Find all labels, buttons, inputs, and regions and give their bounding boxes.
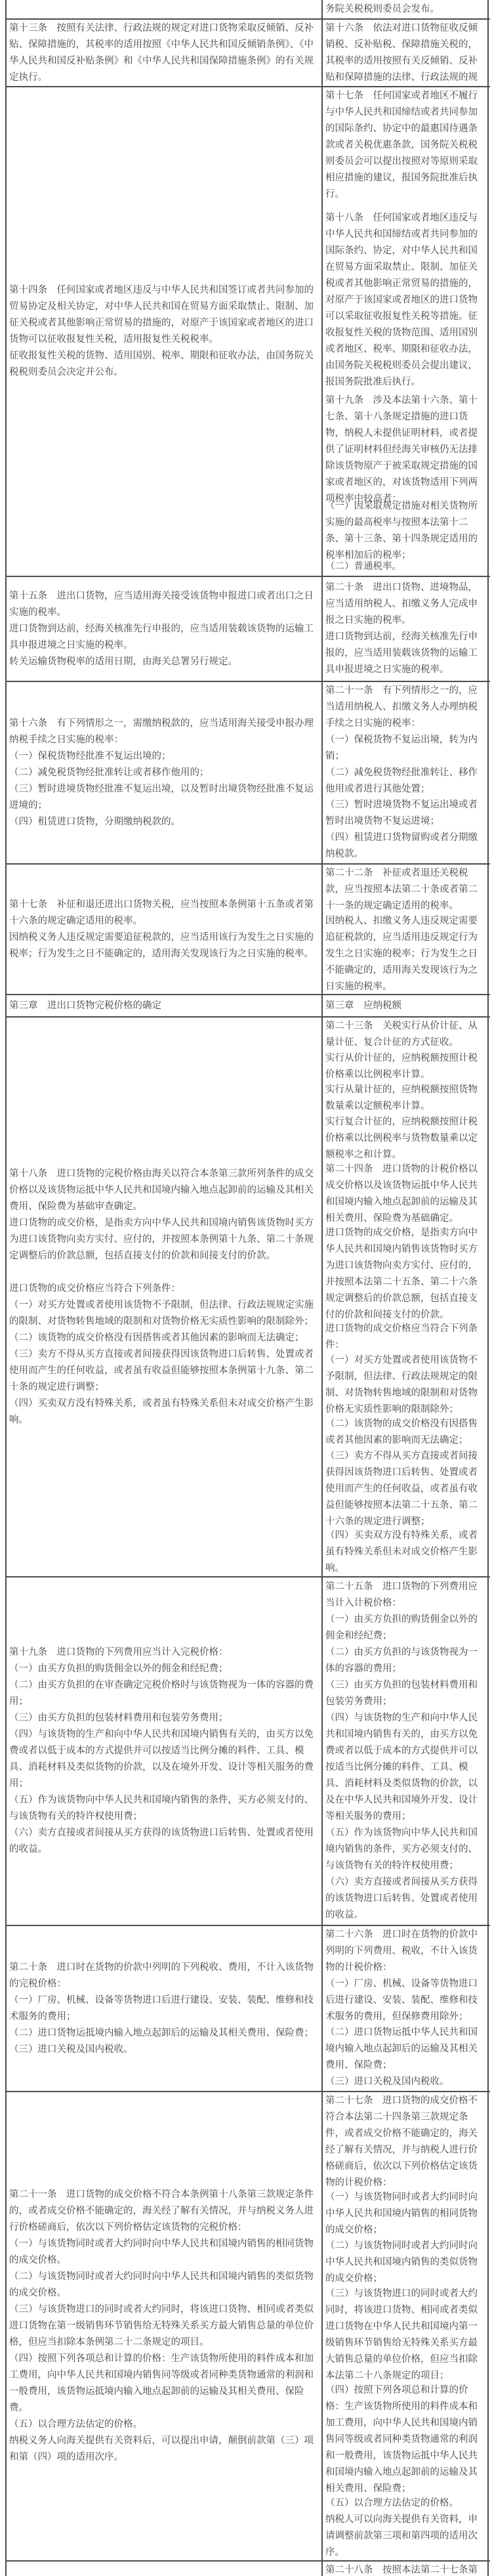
paragraph: 第二十四条 进口货物的计税价格以成交价格以及该货物运抵中华人民共和国境内输入地点… bbox=[325, 1161, 485, 1225]
blank-line bbox=[325, 194, 485, 210]
paragraph: （五）以合理方法估定的价格。 bbox=[9, 2416, 319, 2433]
old-regulation-cell: 第三章 进出口货物完税价格的确定 bbox=[7, 995, 321, 1016]
table-row: 第二十一条 进口货物的成交价格不符合本条例第十八条第三款规定条件的，或者成交价格… bbox=[7, 2092, 490, 2562]
paragraph: 第二十五条 进口货物的下列费用应当计入计税价格： bbox=[325, 1579, 485, 1612]
paragraph: （五）作为该货物向中华人民共和国境内销售的条件，买方必须支付的、与该货物有关的特… bbox=[9, 1792, 319, 1825]
old-regulation-cell: 第十四条 任何国家或者地区违反与中华人民共和国签订或者共同参加的贸易协定及相关协… bbox=[7, 87, 321, 576]
paragraph: （三）暂时进境货物经批准不复运出境，以及暂时出境货物经批准不复运进境的； bbox=[9, 781, 319, 814]
old-regulation-cell: 第十三条 按照有关法律、行政法规的规定对进口货物采取反倾销、反补贴、保障措施的，… bbox=[7, 20, 321, 86]
table-row: 第十六条 有下列情形之一，需缴纳税款的，应当适用海关接受申报办理纳税手续之日实施… bbox=[7, 682, 490, 865]
table-row: 第十五条 进出口货物，应当适用海关接受该货物申报进口或者出口之日实施的税率。进口… bbox=[7, 577, 490, 682]
paragraph: 第二十条 进口时在货物的价款中列明的下列税收、费用，不计入该货物的完税价格： bbox=[9, 1960, 319, 1992]
table-row: 第二十条 进口时在货物的价款中列明的下列税收、费用，不计入该货物的完税价格：（一… bbox=[7, 1926, 490, 2092]
tariff-law-cell: 第二十五条 进口货物的下列费用应当计入计税价格：（一）由买方负担的购货佣金以外的… bbox=[321, 1578, 489, 1925]
paragraph: （二）该货物的成交价格没有因搭售或者其他因素的影响而无法确定； bbox=[325, 1416, 485, 1448]
paragraph: 因纳税人、扣缴义务人违反规定需要追征税款的，应当适用违反规定行为发生之日实施的税… bbox=[325, 913, 485, 993]
paragraph: 第二十七条 进口货物的成交价格不符合本法第二十四条第三款规定条件，或者成交价格不… bbox=[325, 2093, 485, 2189]
paragraph: 纳税义务人向海关提供有关资料后，可以提出申请，颠倒前款第（三）项和第（四）项的适… bbox=[9, 2433, 319, 2466]
paragraph: （五）以合理方法估定的价格。 bbox=[325, 2495, 485, 2512]
paragraph: （六）卖方直接或者间接从买方获得的该货物进口后转售、处置或者使用的收益。 bbox=[325, 1874, 485, 1923]
paragraph: （二）由买方负担的在审查确定完税价格时与该货物视为一体的容器的费用； bbox=[9, 1677, 319, 1710]
paragraph: （三）进口关税及国内税收。 bbox=[9, 2042, 319, 2058]
paragraph: 因纳税义务人违反规定需要追征税款的，应当适用该行为发生之日实施的税率；行为发生之… bbox=[9, 930, 319, 962]
paragraph: （三）卖方不得从买方直接或者间接获得因该货物进口后转售、处置或者使用而产生的任何… bbox=[9, 1346, 319, 1396]
paragraph: 进口货物到达前，经海关核准先行申报的，应当适用装载该货物的运输工具申报进境之日实… bbox=[9, 621, 319, 654]
old-regulation-cell: 第二十一条 进口货物的成交价格不符合本条例第十八条第三款规定条件的，或者成交价格… bbox=[7, 2092, 321, 2560]
table-row: 第十四条 任何国家或者地区违反与中华人民共和国签订或者共同参加的贸易协定及相关协… bbox=[7, 87, 490, 577]
paragraph: （四）租赁进口货物，分期缴纳税款的。 bbox=[9, 814, 319, 830]
paragraph: 转关运输货物税率的适用日期，由海关总署另行规定。 bbox=[9, 654, 319, 670]
paragraph: （一）由买方负担的购货佣金以外的佣金和经纪费； bbox=[9, 1661, 319, 1677]
paragraph: （一）因采取规定措施对相关货物所实施的最高税率与按照本法第十二条、第十三条、第十… bbox=[325, 498, 485, 559]
paragraph: 第十七条 任何国家或者地区不履行与中华人民共和国缔结或者共同参加的国际条约、协定… bbox=[325, 88, 485, 194]
old-regulation-cell: 第二十条 进口时在货物的价款中列明的下列税收、费用，不计入该货物的完税价格：（一… bbox=[7, 1926, 321, 2091]
old-regulation-cell bbox=[7, 0, 321, 18]
paragraph: （三）与该货物进口的同时或者大约同时，将该进口货物、相同或者类似进口货物在第一级… bbox=[9, 2302, 319, 2351]
paragraph: （四）按照下列各项总和计算的价格：生产该货物所使用的料件成本和加工费用，向中华人… bbox=[325, 2382, 485, 2495]
paragraph: （二）由买方负担的与该货物视为一体的容器的费用； bbox=[325, 1644, 485, 1677]
paragraph: 进口货物的成交价格，是指卖方向中华人民共和国境内销售该货物时买方为进口该货物向卖… bbox=[325, 1225, 485, 1321]
tariff-law-cell: 第二十条 进出口货物、进境物品，应当适用纳税人、扣缴义务人完成申报之日实施的税率… bbox=[321, 577, 489, 681]
paragraph: （三）与该货物进口的同时或者大约同时，将该进口货物、相同或者类似进口货物在中华人… bbox=[325, 2286, 485, 2382]
paragraph: （一）保税货物经批准不复运出境的； bbox=[9, 748, 319, 765]
table-row: 第十九条 进口货物的下列费用应当计入完税价格：（一）由买方负担的购货佣金以外的佣… bbox=[7, 1578, 490, 1926]
old-regulation-cell: 第十七条 补征和退还进出口货物关税，应当按照本条例第十五条或者第十六条的规定确定… bbox=[7, 865, 321, 994]
tariff-law-cell: 第十六条 依法对进口货物征收反倾销税、反补贴税、保障措施关税的，其税率的适用按照… bbox=[321, 20, 489, 86]
comparison-table: 务院关税税则委员会发布。第十三条 按照有关法律、行政法规的规定对进口货物采取反倾… bbox=[5, 0, 490, 2576]
paragraph: 第十四条 任何国家或者地区违反与中华人民共和国签订或者共同参加的贸易协定及相关协… bbox=[9, 282, 319, 348]
paragraph: 第二十一条 进口货物的成交价格不符合本条例第十八条第三款规定条件的，或者成交价格… bbox=[9, 2187, 319, 2236]
paragraph: （四）租赁进口货物留购或者分期缴纳税款。 bbox=[325, 830, 485, 863]
old-regulation-cell: 第十五条 进出口货物，应当适用海关接受该货物申报进口或者出口之日实施的税率。进口… bbox=[7, 577, 321, 681]
paragraph: （四）按照下列各项总和计算的价格：生产该货物所使用的料件成本和加工费用，向中华人… bbox=[9, 2351, 319, 2416]
tariff-law-cell: 第二十六条 进口时在货物的价款中列明的下列费用、税收，不计入该货物的计税价格：（… bbox=[321, 1926, 489, 2091]
old-regulation-cell: 第十六条 有下列情形之一，需缴纳税款的，应当适用海关接受申报办理纳税手续之日实施… bbox=[7, 682, 321, 863]
paragraph: （二）减免税货物经批准转让或者移作他用的； bbox=[9, 765, 319, 781]
paragraph: （五）作为该货物向中华人民共和国境内销售的条件，买方必须支付的、与该货物有关的特… bbox=[325, 1825, 485, 1874]
paragraph: （一）与该货物同时或者大约同时向中华人民共和国境内销售的相同货物的成交价格； bbox=[325, 2189, 485, 2238]
paragraph: 第三章 进出口货物完税价格的确定 bbox=[9, 998, 319, 1014]
paragraph: （二）减免税货物经批准转让、移作他用或者进行其他处置； bbox=[325, 765, 485, 798]
paragraph: 第二十三条 关税实行从价计征、从量计征、复合计征的方式征收。 bbox=[325, 1018, 485, 1050]
blank-line bbox=[9, 1264, 319, 1281]
paragraph: （一）与该货物同时或者大约同时向中华人民共和国境内销售的相同货物的成交价格。 bbox=[9, 2236, 319, 2269]
paragraph: （一）厂房、机械、设备等货物进口后进行建设、安装、装配、维修和技术服务的费用； bbox=[9, 1992, 319, 2025]
paragraph: 进口货物到达前，经海关核准先行申报的，应当适用装载该货物的运输工具申报进境之日实… bbox=[325, 629, 485, 678]
tariff-law-cell: 第二十二条 补征或者退还关税税款，应当按照本法第二十条或者第二十一条的规定确定适… bbox=[321, 865, 489, 994]
paragraph: （一）由买方负担的购货佣金以外的佣金和经纪费； bbox=[325, 1612, 485, 1644]
paragraph: 第十六条 依法对进口货物征收反倾销税、反补贴税、保障措施关税的，其税率的适用按照… bbox=[325, 20, 485, 85]
paragraph: 进口货物的成交价格应当符合下列条件： bbox=[9, 1281, 319, 1297]
blank-line bbox=[325, 376, 485, 393]
old-regulation-cell: 第十九条 进口货物的下列费用应当计入完税价格：（一）由买方负担的购货佣金以外的佣… bbox=[7, 1578, 321, 1925]
paragraph: （四）与该货物的生产和向中华人民共和国境内销售有关的，由买方以免费或者以低于成本… bbox=[325, 1710, 485, 1825]
old-regulation-cell bbox=[7, 2562, 321, 2576]
paragraph: 第十五条 进出口货物，应当适用海关接受该货物申报进口或者出口之日实施的税率。 bbox=[9, 588, 319, 621]
paragraph: （三）由买方负担的包装材料费用和包装劳务费用； bbox=[9, 1710, 319, 1727]
paragraph: 征收报复性关税的货物、适用国别、税率、期限和征收办法，由国务院关税税则委员会决定… bbox=[9, 348, 319, 381]
paragraph: （二）普通税率。 bbox=[325, 559, 485, 575]
table-row: 第三章 进出口货物完税价格的确定第三章 应纳税额 bbox=[7, 995, 490, 1018]
paragraph: 第十九条 涉及本法第十六条、第十七条、第十八条规定措施的进口货物，纳税人未提供证… bbox=[325, 393, 485, 498]
paragraph: 第三章 应纳税额 bbox=[325, 998, 485, 1014]
table-row: 第二十八条 按照本法第二十七条第一 bbox=[7, 2562, 490, 2576]
paragraph: （三）卖方不得从买方直接或者间接获得因该货物进口后转售、处置或者使用而产生的任何… bbox=[325, 1448, 485, 1528]
table-row: 第十七条 补征和退还进出口货物关税，应当按照本条例第十五条或者第十六条的规定确定… bbox=[7, 865, 490, 995]
paragraph: 务院关税税则委员会发布。 bbox=[325, 1, 485, 18]
paragraph: （二）与该货物同时或者大约同时向中华人民共和国境内销售的类似货物的成交价格。 bbox=[9, 2269, 319, 2302]
paragraph: （四）买卖双方没有特殊关系，或者虽有特殊关系但未对成交价格产生影响。 bbox=[9, 1396, 319, 1428]
paragraph: 第十七条 补征和退还进出口货物关税，应当按照本条例第十五条或者第十六条的规定确定… bbox=[9, 897, 319, 930]
paragraph: 进口货物的成交价格，是指卖方向中华人民共和国境内销售该货物时买方为进口该货物向卖… bbox=[9, 1215, 319, 1264]
paragraph: （一）对买方处置或者使用该货物不予限制，但法律、行政法规规定的限制、对货物转售地… bbox=[325, 1352, 485, 1416]
paragraph: 第十九条 进口货物的下列费用应当计入完税价格： bbox=[9, 1644, 319, 1661]
paragraph: 第十八条 进口货物的完税价格由海关以符合本条第三款所列条件的成交价格以及该货物运… bbox=[9, 1166, 319, 1215]
tariff-law-cell: 第二十三条 关税实行从价计征、从量计征、复合计征的方式征收。实行从价计征的，应纳… bbox=[321, 1018, 489, 1576]
paragraph: 第二十六条 进口时在货物的价款中列明的下列费用、税收，不计入该货物的计税价格： bbox=[325, 1927, 485, 1976]
paragraph: （三）暂时进境货物不复运出境或者暂时出境货物不复运进境； bbox=[325, 797, 485, 830]
paragraph: 实行从量计征的，应纳税额按照货物数量乘以定额税率计算。 bbox=[325, 1082, 485, 1114]
paragraph: （二）与该货物同时或者大约同时向中华人民共和国境内销售的类似货物的成交价格； bbox=[325, 2238, 485, 2286]
tariff-law-cell: 第二十八条 按照本法第二十七条第一 bbox=[321, 2562, 489, 2576]
paragraph: （二）该货物的成交价格没有因搭售或者其他因素的影响而无法确定； bbox=[9, 1330, 319, 1346]
paragraph: （二）进口货物运抵中华人民共和国境内输入地点起卸后的运输及其相关费用、保险费； bbox=[325, 2025, 485, 2074]
old-regulation-cell: 第十八条 进口货物的完税价格由海关以符合本条第三款所列条件的成交价格以及该货物运… bbox=[7, 1018, 321, 1576]
paragraph: 第二十一条 有下列情形之一的，应当适用纳税人、扣缴义务人办理纳税手续之日实施的税… bbox=[325, 683, 485, 732]
paragraph: （四）与该货物的生产和向中华人民共和国境内销售有关的，由买方以免费或者以低于成本… bbox=[9, 1727, 319, 1792]
paragraph: （三）由买方负担的包装材料费用和包装劳务费用； bbox=[325, 1677, 485, 1710]
paragraph: （二）进口货物运抵境内输入地点起卸后的运输及其相关费用、保险费； bbox=[9, 2025, 319, 2042]
paragraph: （三）进口关税及国内税收。 bbox=[325, 2074, 485, 2090]
paragraph: （一）厂房、机械、设备等货物进口后进行建设、安装、装配、维修和技术服务的费用，但… bbox=[325, 1976, 485, 2025]
paragraph: 实行从价计征的，应纳税额按照计税价格乘以比例税率计算。 bbox=[325, 1050, 485, 1083]
table-row: 务院关税税则委员会发布。 bbox=[7, 0, 490, 20]
tariff-law-cell: 务院关税税则委员会发布。 bbox=[321, 0, 489, 18]
tariff-law-cell: 第二十七条 进口货物的成交价格不符合本法第二十四条第三款规定条件，或者成交价格不… bbox=[321, 2092, 489, 2560]
paragraph: 第二十条 进出口货物、进境物品，应当适用纳税人、扣缴义务人完成申报之日实施的税率… bbox=[325, 580, 485, 629]
table-row: 第十八条 进口货物的完税价格由海关以符合本条第三款所列条件的成交价格以及该货物运… bbox=[7, 1018, 490, 1578]
paragraph: （四）买卖双方没有特殊关系，或者虽有特殊关系但未对成交价格产生影响。 bbox=[325, 1528, 485, 1576]
paragraph: 第十三条 按照有关法律、行政法规的规定对进口货物采取反倾销、反补贴、保障措施的，… bbox=[9, 20, 319, 85]
paragraph: （六）卖方直接或者间接从买方获得的该货物进口后转售、处置或者使用的收益。 bbox=[9, 1825, 319, 1858]
tariff-law-cell: 第三章 应纳税额 bbox=[321, 995, 489, 1016]
paragraph: 第二十二条 补征或者退还关税税款，应当按照本法第二十条或者第二十一条的规定确定适… bbox=[325, 865, 485, 913]
tariff-law-cell: 第二十一条 有下列情形之一的，应当适用纳税人、扣缴义务人办理纳税手续之日实施的税… bbox=[321, 682, 489, 863]
paragraph: 纳税人可以向海关提供有关资料，申请调整前款第三项和第四项的适用次序。 bbox=[325, 2512, 485, 2560]
tariff-law-cell: 第十七条 任何国家或者地区不履行与中华人民共和国缔结或者共同参加的国际条约、协定… bbox=[321, 87, 489, 576]
paragraph: 进口货物的成交价格应当符合下列条件： bbox=[325, 1321, 485, 1353]
paragraph: （一）保税货物不复运出境，转为内销； bbox=[325, 732, 485, 765]
table-row: 第十三条 按照有关法律、行政法规的规定对进口货物采取反倾销、反补贴、保障措施的，… bbox=[7, 20, 490, 87]
paragraph: 第十八条 任何国家或者地区违反与中华人民共和国缔结或者共同参加的国际条约、协定，… bbox=[325, 210, 485, 376]
paragraph: 第十六条 有下列情形之一，需缴纳税款的，应当适用海关接受申报办理纳税手续之日实施… bbox=[9, 716, 319, 748]
paragraph: 第二十八条 按照本法第二十七条第一 bbox=[325, 2562, 485, 2576]
paragraph: （一）对买方处置或者使用该货物不予限制，但法律、行政法规规定实施的限制、对货物转… bbox=[9, 1297, 319, 1330]
paragraph: 实行复合计征的，应纳税额按照计税价格乘以比例税率与货物数量乘以定额税率之和计算。 bbox=[325, 1114, 485, 1162]
